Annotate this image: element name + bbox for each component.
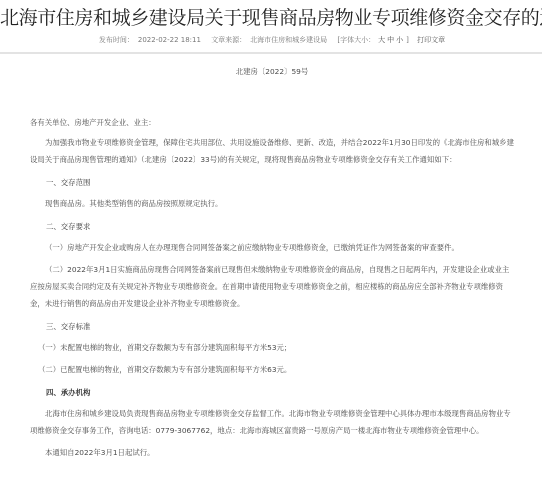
section-heading-scope: 一、交存范围 — [30, 174, 514, 191]
font-size-small-button[interactable]: 小 — [396, 36, 403, 44]
publish-time: 发布时间：2022-02-22 18:11 — [97, 36, 203, 44]
intro-paragraph: 为加强我市物业专项维修资金管理，保障住宅共用部位、共用设施设备维修、更新、改造，… — [30, 134, 514, 168]
section-heading-requirements: 二、交存要求 — [30, 218, 514, 235]
publish-label: 发布时间： — [99, 36, 134, 44]
section-paragraph: （一）房地产开发企业或购房人在办理现售合同网签备案之前应缴纳物业专项维修资金，已… — [30, 239, 514, 256]
section-heading-agency: 四、承办机构 — [30, 384, 514, 401]
section-heading-standards: 三、交存标准 — [30, 318, 514, 335]
article-title: 北海市住房和城乡建设局关于现售商品房物业专项维修资金交存的通知 — [0, 5, 542, 31]
font-size-large-button[interactable]: 大 — [378, 36, 385, 44]
greeting: 各有关单位、房地产开发企业、业主： — [30, 114, 514, 131]
font-size-medium-button[interactable]: 中 — [387, 36, 394, 44]
article-source: 文章来源：北海市住房和城乡建设局 — [209, 36, 329, 44]
header-divider — [0, 52, 542, 54]
section-paragraph: （二）2022年3月1日实施商品房现售合同网签备案前已现售但未缴纳物业专项维修资… — [30, 261, 514, 312]
source-value: 北海市住房和城乡建设局 — [250, 36, 327, 44]
publish-time-value: 2022-02-22 18:11 — [138, 36, 201, 44]
font-size-control: [字体大小：大中小] — [335, 36, 410, 44]
font-size-label: [字体大小： — [337, 36, 375, 44]
document-number: 北建房〔2022〕59号 — [30, 66, 514, 78]
print-article-link[interactable]: 打印文章 — [417, 36, 445, 44]
closing-paragraph: 本通知自2022年3月1日起试行。 — [30, 444, 514, 461]
source-label: 文章来源： — [211, 36, 246, 44]
section-paragraph: 北海市住房和城乡建设局负责现售商品房物业专项维修资金交存监督工作。北海市物业专项… — [30, 405, 514, 439]
font-size-close-bracket: ] — [406, 36, 409, 44]
section-paragraph: 现售商品房。其他类型销售的商品房按照原规定执行。 — [30, 195, 514, 212]
section-paragraph: （二）已配置电梯的物业，首期交存数额为专有部分建筑面积每平方米63元。 — [30, 361, 514, 378]
section-paragraph: （一）未配置电梯的物业，首期交存数额为专有部分建筑面积每平方米53元； — [30, 339, 514, 356]
article-meta: 发布时间：2022-02-22 18:11 文章来源：北海市住房和城乡建设局 [… — [0, 34, 542, 46]
article-body: 北建房〔2022〕59号 各有关单位、房地产开发企业、业主： 为加强我市物业专项… — [30, 66, 514, 461]
